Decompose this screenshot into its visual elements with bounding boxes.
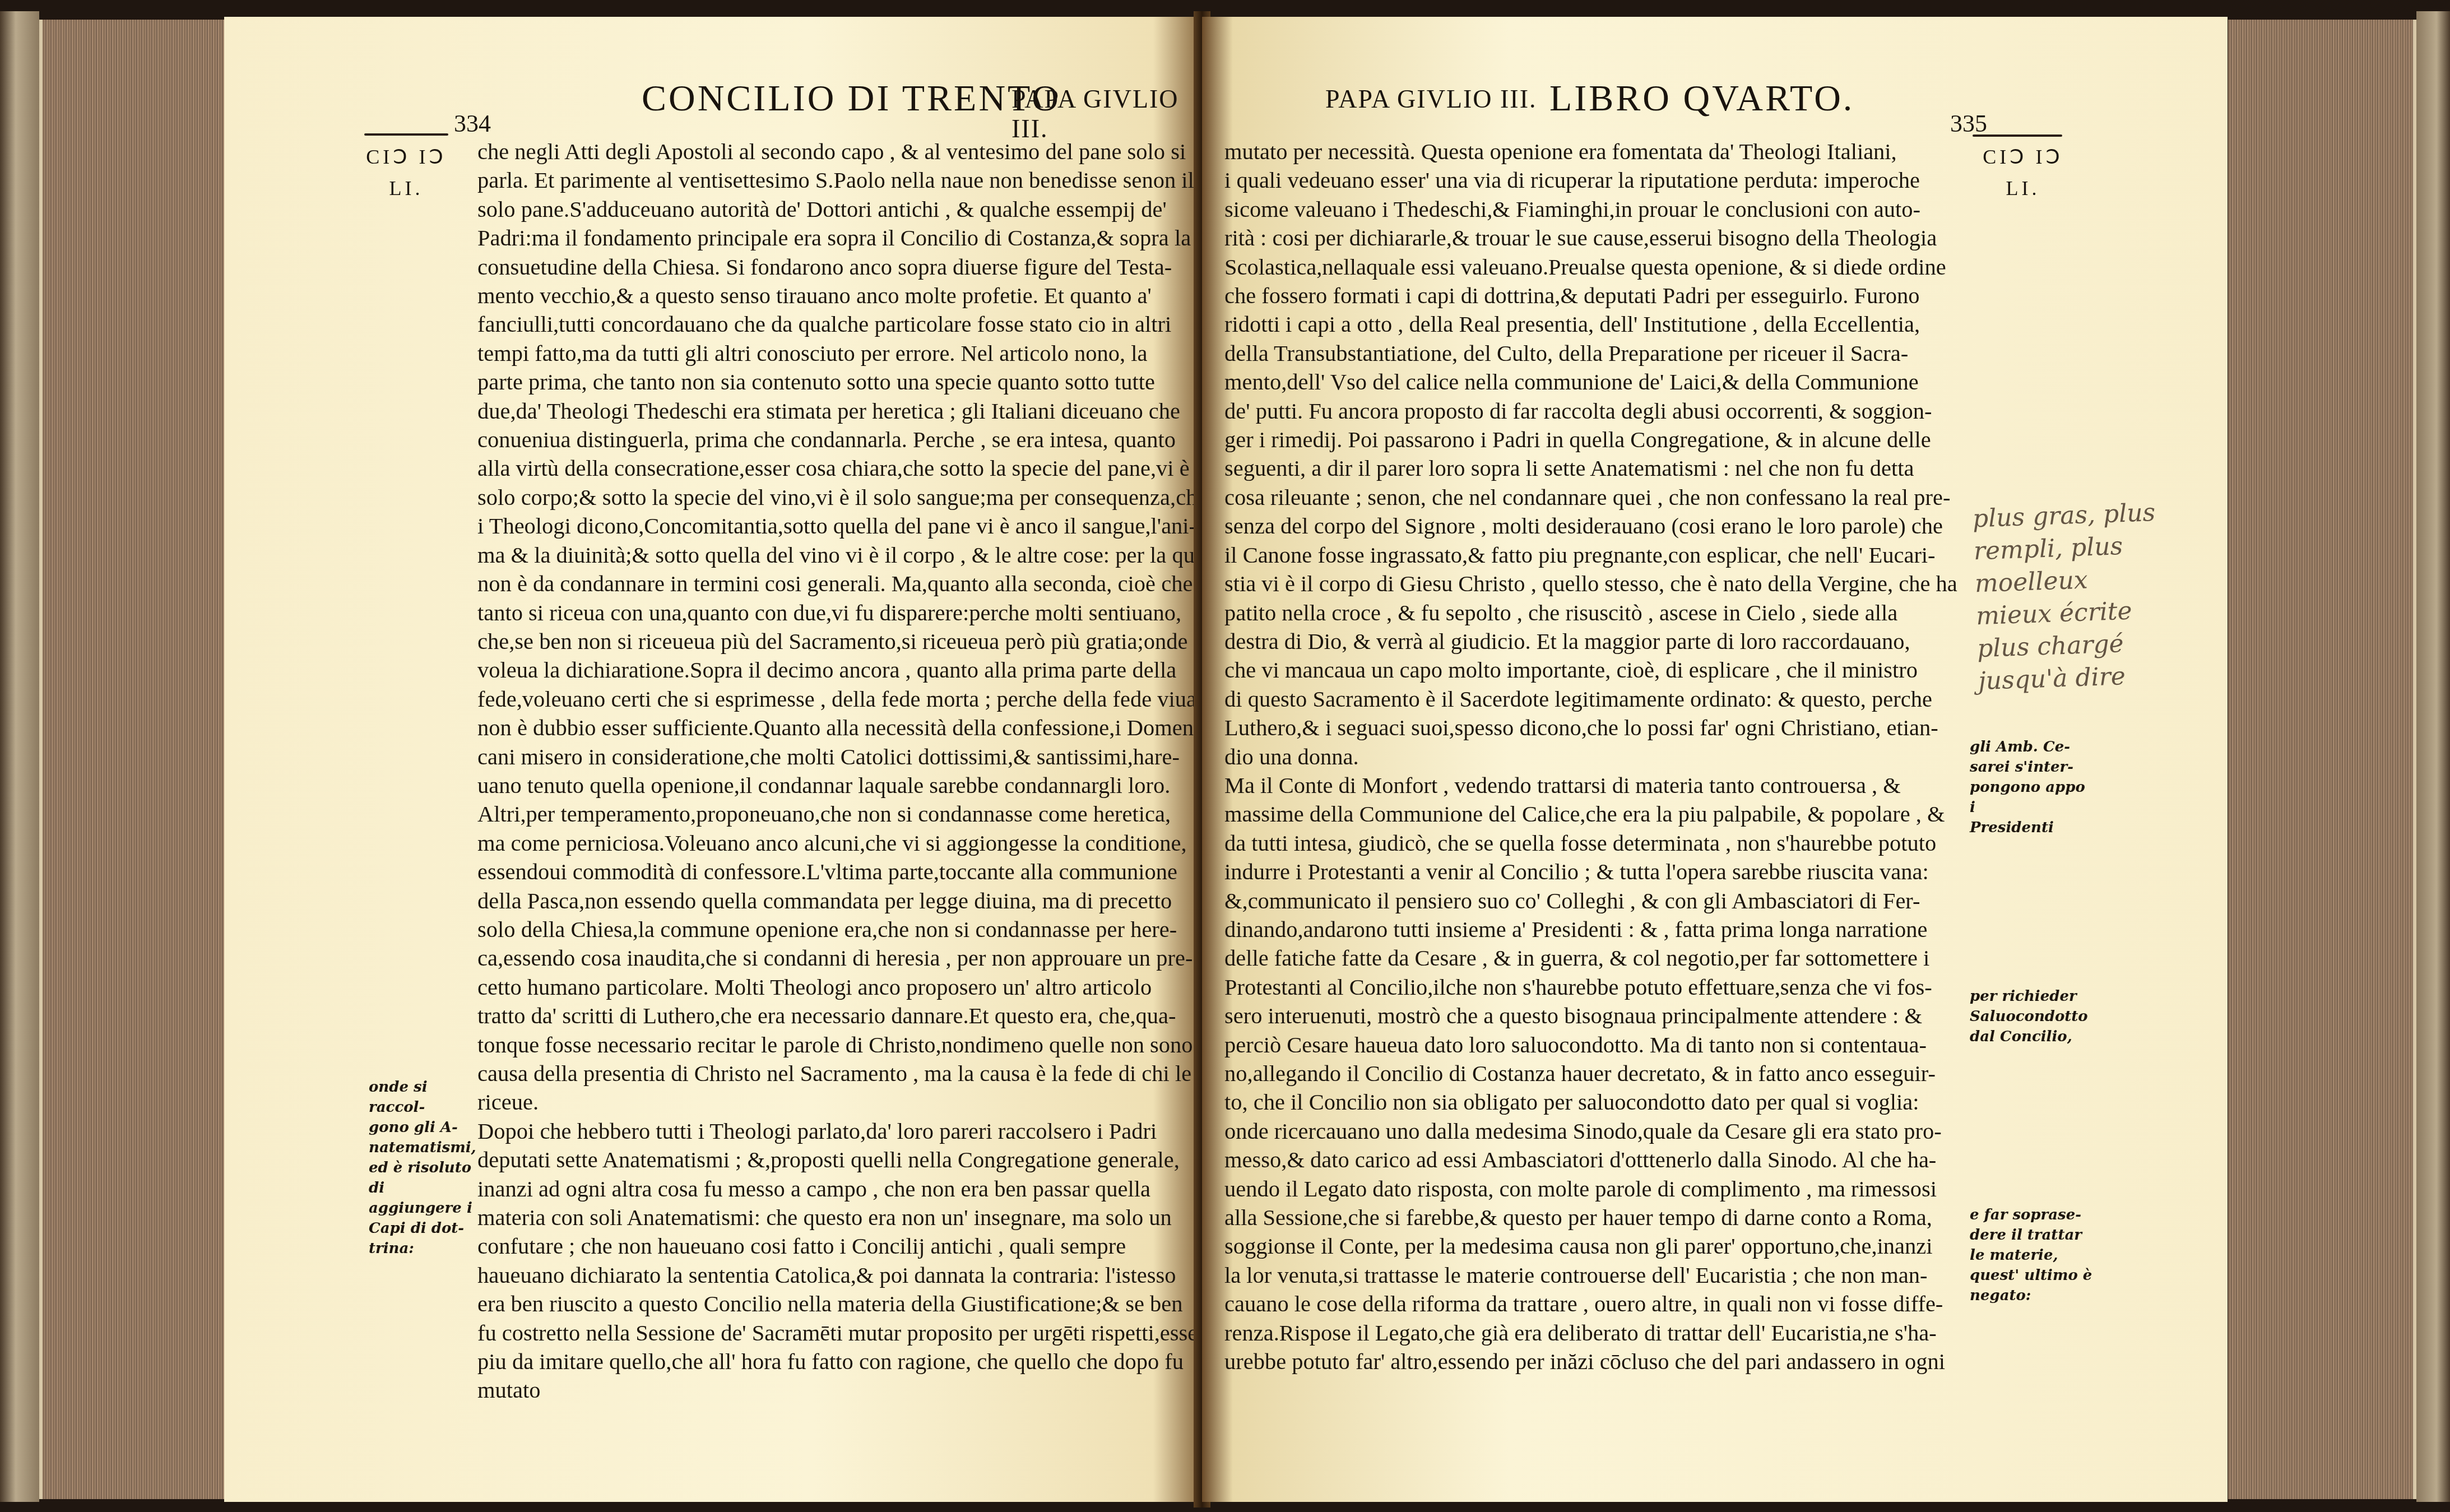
text-line: Luthero,& i seguaci suoi,spesso dicono,c…: [1224, 713, 1998, 742]
text-line: causa della presentia di Christo nel Sac…: [477, 1059, 1200, 1088]
text-line: tratto da' scritti di Luthero,che era ne…: [477, 1001, 1200, 1030]
text-line: negato:: [1970, 1286, 2093, 1306]
text-line: Ma il Conte di Monfort , vedendo trattar…: [1224, 771, 1998, 800]
running-head-pope: PAPA GIVLIO III.: [1325, 84, 1537, 114]
year-mark-line: LI.: [359, 173, 454, 204]
text-line: Altri,per temperamento,proponeuano,che n…: [477, 800, 1200, 828]
text-line: rità : cosi per dichiararle,& trouar le …: [1224, 224, 1998, 252]
text-line: alla Sessione,che si farebbe,& questo pe…: [1224, 1203, 1998, 1232]
text-line: senza del corpo del Signore , molti desi…: [1224, 512, 1998, 540]
text-line: da tutti intesa, giudicò, che se quella …: [1224, 829, 1998, 857]
text-line: ca,essendo cosa inaudita,che si condanni…: [477, 944, 1200, 972]
text-line: Saluocondotto: [1970, 1007, 2093, 1027]
text-line: sicome valeuano i Thedeschi,& Fiaminghi,…: [1224, 195, 1998, 224]
body-text: che negli Atti degli Apostoli al secondo…: [477, 137, 1200, 1405]
running-head: LIBRO QVARTO.: [1549, 77, 1854, 120]
text-line: gono gli A-: [369, 1117, 481, 1138]
text-line: stia vi è il corpo di Giesu Christo , qu…: [1224, 569, 1998, 598]
running-head-pope: PAPA GIVLIO III.: [1011, 84, 1202, 143]
text-line: massime della Communione del Calice,che …: [1224, 800, 1998, 828]
text-line: che,se ben non si riceueua più del Sacra…: [477, 627, 1200, 656]
text-line: confutare ; che non haueuano cosi fatto …: [477, 1232, 1200, 1260]
text-line: to, che il Concilio non sia obligato per…: [1224, 1088, 1998, 1116]
text-line: cauano le cose della riforma da trattare…: [1224, 1290, 1998, 1318]
text-line: &,communicato il pensiero suo co' Colleg…: [1224, 887, 1998, 915]
page-edges-left: [39, 20, 228, 1499]
text-line: sarei s'inter-: [1970, 757, 2093, 777]
text-line: i Theologi dicono,Concomitantia,sotto qu…: [477, 512, 1200, 540]
text-line: uendo il Legato dato risposta, con molte…: [1224, 1175, 1998, 1203]
text-line: parte prima, che tanto non sia contenuto…: [477, 368, 1200, 396]
text-line: natematismi,: [369, 1138, 481, 1158]
text-line: solo della Chiesa,la commune openione er…: [477, 915, 1200, 944]
text-line: ed è risoluto di: [369, 1158, 481, 1198]
text-line: alla virtù della consecratione,esser cos…: [477, 454, 1200, 483]
text-line: fanciulli,tutti concordauano che da qual…: [477, 310, 1200, 338]
handwritten-annotation: plus gras, plusrempli, plusmoelleuxmieux…: [1972, 495, 2214, 698]
text-line: delle fatiche fatte da Cesare , & in gue…: [1224, 944, 1998, 972]
text-line: per richieder: [1970, 986, 2093, 1007]
year-mark-line: CIↃ IↃ: [359, 141, 454, 173]
text-line: inanzi ad ogni altra cosa fu messo a cam…: [477, 1175, 1200, 1203]
text-line: voleua la dichiaratione.Sopra il decimo …: [477, 656, 1200, 684]
text-line: i quali vedeuano esser' una via di ricup…: [1224, 166, 1998, 194]
text-line: fede,voleuano certi che si esprimesse , …: [477, 685, 1200, 713]
text-line: pongono appo i: [1970, 777, 2093, 818]
text-line: no,allegando il Concilio di Costanza hau…: [1224, 1059, 1998, 1088]
text-line: destra di Dio, & verrà al giudicio. Et l…: [1224, 627, 1998, 656]
text-line: aggiungere i: [369, 1198, 481, 1218]
text-line: tanto si riceua con una,quanto con due,v…: [477, 599, 1200, 627]
text-line: cetto humano particolare. Molti Theologi…: [477, 973, 1200, 1001]
text-line: fu costretto nella Sessione de' Sacramēt…: [477, 1319, 1200, 1347]
text-line: e far soprase-: [1970, 1205, 2093, 1225]
page-number: 335: [1950, 109, 1987, 138]
margin-note: e far soprase-dere il trattarle materie,…: [1970, 1205, 2093, 1306]
text-line: due,da' Theologi Thedeschi era stimata p…: [477, 397, 1200, 425]
page-edges-right: [2228, 20, 2416, 1499]
left-page: CONCILIO DI TRENTO PAPA GIVLIO III. 334 …: [224, 17, 1202, 1502]
text-line: ma come perniciosa.Voleuano anco alcuni,…: [477, 829, 1200, 857]
text-line: dere il trattar: [1970, 1225, 2093, 1245]
text-line: non è dubbio esser sufficiente.Quanto al…: [477, 713, 1200, 742]
text-line: ma & la diuinità;& sotto quella del vino…: [477, 541, 1200, 569]
text-line: non è da condannare in termini cosi gene…: [477, 569, 1200, 598]
text-line: dinando,andarono tutti insieme a' Presid…: [1224, 915, 1998, 944]
text-line: onde ricercauano uno dalla medesima Sino…: [1224, 1117, 1998, 1145]
book-cover-right: [2416, 11, 2450, 1502]
text-line: conueniua distinguerla, prima che condan…: [477, 425, 1200, 454]
text-line: urebbe potuto far' altro,essendo per ină…: [1224, 1347, 1998, 1376]
text-line: della Pasca,non essendo quella commandat…: [477, 887, 1200, 915]
text-line: il Canone fosse ingrassato,& fatto piu p…: [1224, 541, 1998, 569]
text-line: tonque fosse necessario recitar le parol…: [477, 1031, 1200, 1059]
text-line: Dopoi che hebbero tutti i Theologi parla…: [477, 1117, 1200, 1145]
text-line: gli Amb. Ce-: [1970, 737, 2093, 757]
text-line: perciò Cesare haueua dato loro saluocond…: [1224, 1031, 1998, 1059]
text-line: tempi fatto,ma da tutti gli altri conosc…: [477, 339, 1200, 368]
text-line: essendoui commodità di confessore.L'vlti…: [477, 857, 1200, 886]
text-line: renza.Rispose il Legato,che già era deli…: [1224, 1319, 1998, 1347]
text-line: haueuano dichiarato la sententia Catolic…: [477, 1261, 1200, 1290]
text-line: ridotti i capi a otto , della Real prese…: [1224, 310, 1998, 338]
text-line: indurre i Protestanti a venir al Concili…: [1224, 857, 1998, 886]
text-line: era ben riuscito a questo Concilio nella…: [477, 1290, 1200, 1318]
running-head: CONCILIO DI TRENTO: [642, 77, 1061, 120]
text-line: mento,dell' Vso del calice nella communi…: [1224, 368, 1998, 396]
text-line: materia con soli Anatematismi: che quest…: [477, 1203, 1200, 1232]
text-line: sero interuenuti, mostrò che a questo bi…: [1224, 1001, 1998, 1030]
text-line: cosa rileuante ; senon, che nel condanna…: [1224, 483, 1998, 512]
text-line: piu da imitare quello,che all' hora fu f…: [477, 1347, 1200, 1376]
text-line: ger i rimedij. Poi passarono i Padri in …: [1224, 425, 1998, 454]
text-line: mento vecchio,& a questo senso tirauano …: [477, 281, 1200, 310]
margin-note: onde si raccol-gono gli A-natematismi,ed…: [369, 1077, 481, 1259]
text-line: solo corpo;& sotto la specie del vino,vi…: [477, 483, 1200, 512]
margin-note: gli Amb. Ce-sarei s'inter-pongono appo i…: [1970, 737, 2093, 838]
text-line: che vi mancaua un capo molto importante,…: [1224, 656, 1998, 684]
margin-rule: [1973, 134, 2062, 137]
body-text: mutato per necessità. Questa openione er…: [1224, 137, 1998, 1376]
text-line: la lor venuta,si trattasse le materie co…: [1224, 1261, 1998, 1290]
right-page: PAPA GIVLIO III. LIBRO QVARTO. 335 CIↃ I…: [1202, 17, 2228, 1502]
text-line: seguenti, a dir il parer loro sopra li s…: [1224, 454, 1998, 483]
text-line: cani misero in consideratione,che molti …: [477, 743, 1200, 771]
text-line: che negli Atti degli Apostoli al secondo…: [477, 137, 1200, 166]
text-line: de' putti. Fu ancora proposto di far rac…: [1224, 397, 1998, 425]
text-line: mutato per necessità. Questa openione er…: [1224, 137, 1998, 166]
text-line: uano tenuto quella openione,il condannar…: [477, 771, 1200, 800]
text-line: Capi di dot-: [369, 1218, 481, 1239]
text-line: mutato: [477, 1376, 1200, 1404]
text-line: parla. Et parimente al ventisettesimo S.…: [477, 166, 1200, 194]
text-line: riceue.: [477, 1088, 1200, 1116]
text-line: di questo Sacramento è il Sacerdote legi…: [1224, 685, 1998, 713]
text-line: le materie,: [1970, 1245, 2093, 1265]
margin-note: per richiederSaluocondottodal Concilio,: [1970, 986, 2093, 1047]
year-mark: CIↃ IↃ LI.: [359, 141, 454, 204]
text-line: solo pane.S'adduceuano autorità de' Dott…: [477, 195, 1200, 224]
text-line: dal Concilio,: [1970, 1027, 2093, 1047]
book-cover-left: [0, 11, 39, 1502]
text-line: patito nella croce , & fu sepolto , che …: [1224, 599, 1998, 627]
text-line: onde si raccol-: [369, 1077, 481, 1117]
text-line: Protestanti al Concilio,ilche non s'haur…: [1224, 973, 1998, 1001]
text-line: trina:: [369, 1239, 481, 1259]
text-line: messo,& dato carico ad essi Ambasciatori…: [1224, 1145, 1998, 1174]
text-line: quest' ultimo è: [1970, 1265, 2093, 1286]
text-line: deputati sette Anatematismi ; &,proposti…: [477, 1145, 1200, 1174]
text-line: consuetudine della Chiesa. Si fondarono …: [477, 253, 1200, 281]
text-line: della Transubstantiatione, del Culto, de…: [1224, 339, 1998, 368]
text-line: Scolastica,nellaquale essi valeuano.Preu…: [1224, 253, 1998, 281]
text-line: Padri:ma il fondamento principale era so…: [477, 224, 1200, 252]
margin-rule: [364, 133, 448, 136]
text-line: soggionse il Conte, per la medesima caus…: [1224, 1232, 1998, 1260]
text-line: che fossero formati i capi di dottrina,&…: [1224, 281, 1998, 310]
page-number: 334: [454, 109, 491, 138]
text-line: dio una donna.: [1224, 743, 1998, 771]
text-line: Presidenti: [1970, 818, 2093, 838]
